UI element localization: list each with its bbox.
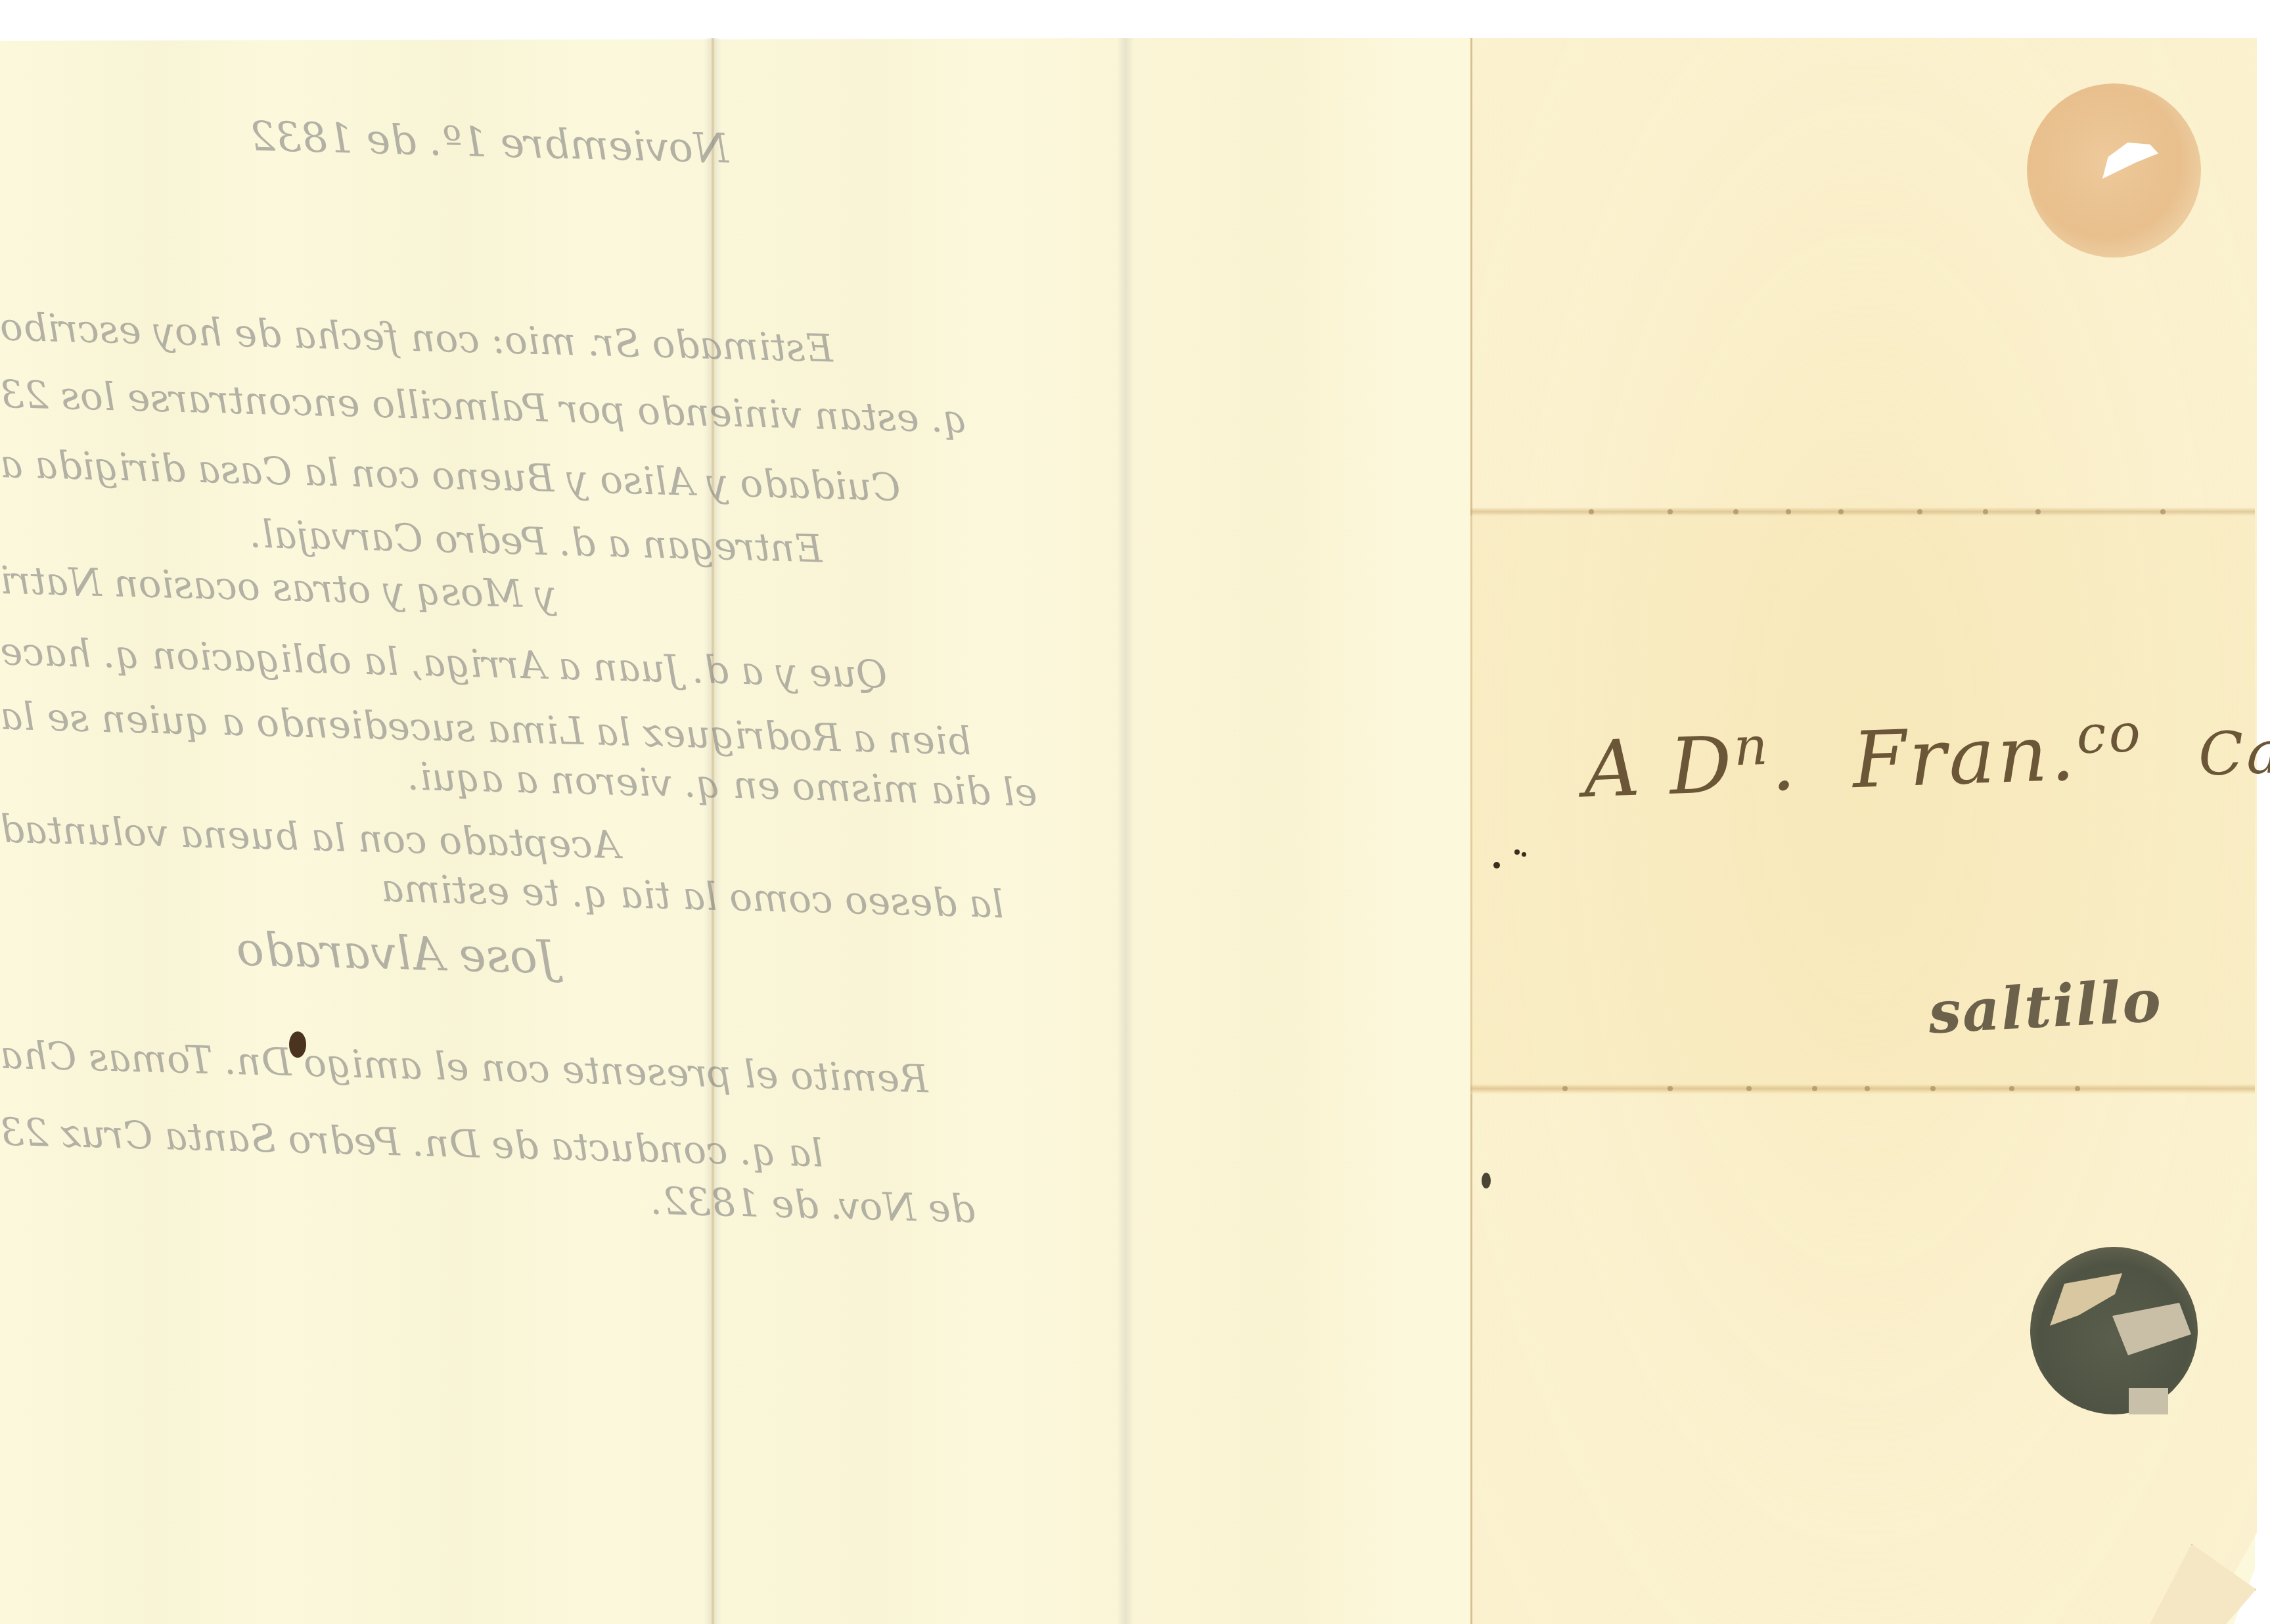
address-surname: Careaga <box>2197 711 2270 790</box>
wax-seal-remnant-bottom <box>2030 1247 2198 1414</box>
address-prefix: A D <box>1582 719 1736 815</box>
vertical-fold-2 <box>1117 38 1134 1624</box>
ink-spot <box>1482 1173 1491 1188</box>
ink-dot <box>1493 862 1500 868</box>
wax-seal-stain-top <box>2027 83 2201 258</box>
vertical-fold-1-crease <box>711 38 715 1624</box>
destination-city: saltillo <box>1927 966 2164 1047</box>
horizontal-fold-bottom <box>1470 1084 2255 1093</box>
ink-dot <box>1514 849 1520 855</box>
horizontal-fold-top <box>1470 507 2255 516</box>
address-given-name: Fran <box>1851 708 2051 805</box>
seal-hole <box>2102 143 2158 179</box>
ink-dot <box>1522 852 1526 857</box>
